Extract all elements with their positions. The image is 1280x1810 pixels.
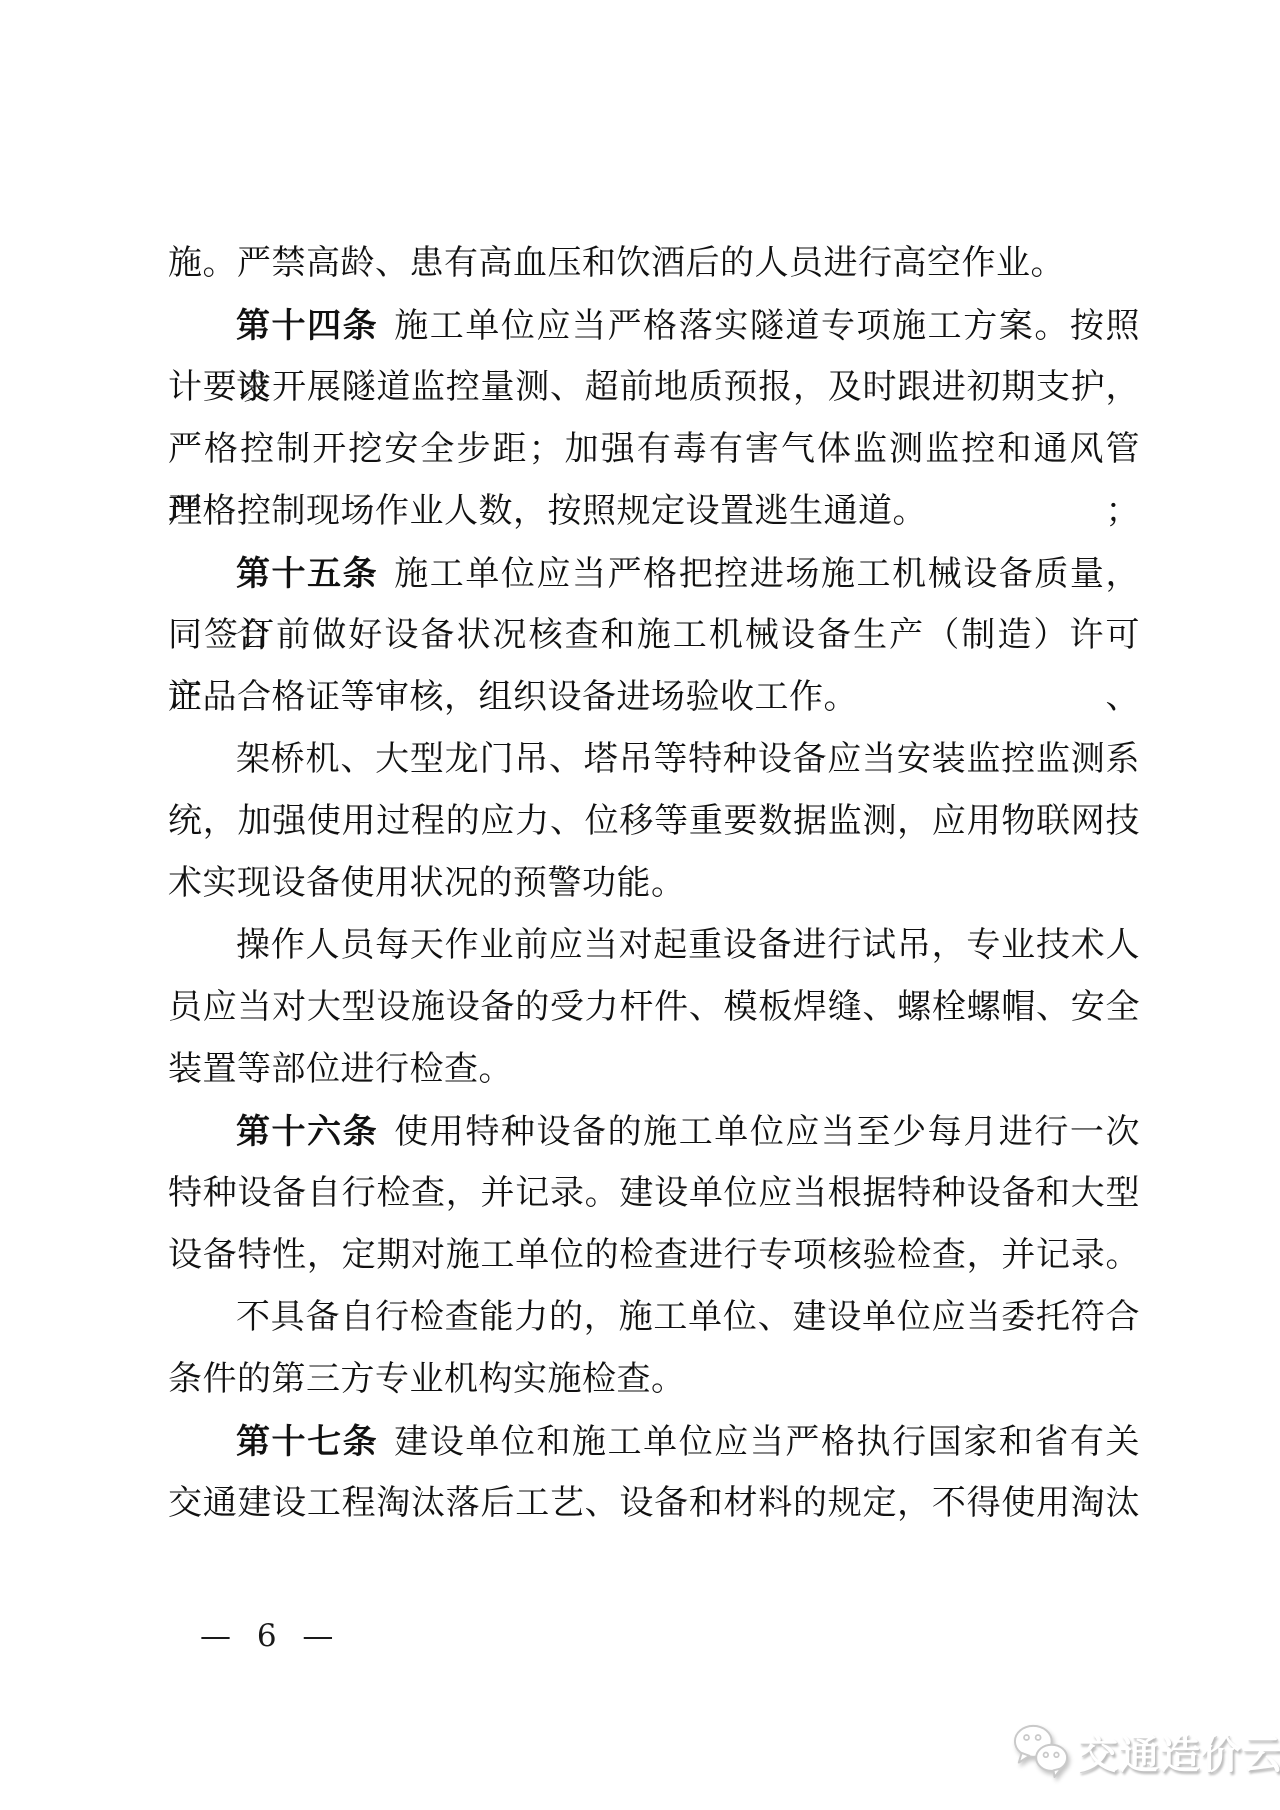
line-text: 特种设备自行检查，并记录。建设单位应当根据特种设备和大型 (168, 1175, 1140, 1212)
footer-brand: 交通造价云 (1012, 1722, 1280, 1780)
text-line: 设备特性，定期对施工单位的检查进行专项核验检查，并记录。 (168, 1225, 1140, 1287)
line-text: 交通建设工程淘汰落后工艺、设备和材料的规定，不得使用淘汰 (168, 1485, 1140, 1522)
page-number: — 6 — (200, 1618, 341, 1654)
article-number: 第十七条 (236, 1423, 378, 1461)
article-number: 第十六条 (236, 1113, 378, 1151)
line-text: 装置等部位进行检查。 (168, 1051, 513, 1088)
line-text: 操作人员每天作业前应当对起重设备进行试吊，专业技术人 (236, 927, 1140, 964)
text-line: 第十六条使用特种设备的施工单位应当至少每月进行一次 (168, 1101, 1140, 1163)
text-line: 同签订前做好设备状况核查和施工机械设备生产（制造）许可证、 (168, 605, 1140, 667)
line-text: 统，加强使用过程的应力、位移等重要数据监测，应用物联网技 (168, 803, 1140, 840)
line-text: 设备特性，定期对施工单位的检查进行专项核验检查，并记录。 (168, 1237, 1140, 1274)
line-text: 使用特种设备的施工单位应当至少每月进行一次 (394, 1114, 1140, 1151)
line-text: 条件的第三方专业机构实施检查。 (168, 1361, 686, 1398)
text-line: 术实现设备使用状况的预警功能。 (168, 853, 1140, 915)
document-page: 施。严禁高龄、患有高血压和饮酒后的人员进行高空作业。 第十四条施工单位应当严格落… (0, 0, 1280, 1810)
line-text: 术实现设备使用状况的预警功能。 (168, 865, 686, 902)
footer-brand-text: 交通造价云 (1078, 1723, 1280, 1780)
article-number: 第十五条 (236, 555, 378, 593)
text-line: 第十七条建设单位和施工单位应当严格执行国家和省有关 (168, 1411, 1140, 1473)
text-line: 统，加强使用过程的应力、位移等重要数据监测，应用物联网技 (168, 791, 1140, 853)
text-line: 操作人员每天作业前应当对起重设备进行试吊，专业技术人 (168, 915, 1140, 977)
line-text: 施。严禁高龄、患有高血压和饮酒后的人员进行高空作业。 (168, 245, 1065, 282)
text-line: 计要求开展隧道监控量测、超前地质预报，及时跟进初期支护， (168, 357, 1140, 419)
line-text: 不具备自行检查能力的，施工单位、建设单位应当委托符合 (236, 1299, 1140, 1336)
line-text: 计要求开展隧道监控量测、超前地质预报，及时跟进初期支护， (168, 369, 1140, 406)
document-body: 施。严禁高龄、患有高血压和饮酒后的人员进行高空作业。 第十四条施工单位应当严格落… (168, 233, 1140, 1535)
line-text: 产品合格证等审核，组织设备进场验收工作。 (168, 679, 858, 716)
line-text: 员应当对大型设施设备的受力杆件、模板焊缝、螺栓螺帽、安全 (168, 989, 1140, 1026)
text-line: 条件的第三方专业机构实施检查。 (168, 1349, 1140, 1411)
text-line: 架桥机、大型龙门吊、塔吊等特种设备应当安装监控监测系 (168, 729, 1140, 791)
text-line: 严格控制开挖安全步距；加强有毒有害气体监测监控和通风管理； (168, 419, 1140, 481)
article-number: 第十四条 (236, 307, 378, 345)
text-line: 不具备自行检查能力的，施工单位、建设单位应当委托符合 (168, 1287, 1140, 1349)
wechat-icon (1012, 1723, 1070, 1779)
line-text: 严格控制现场作业人数，按照规定设置逃生通道。 (168, 493, 927, 530)
text-line: 第十五条施工单位应当严格把控进场施工机械设备质量，合 (168, 543, 1140, 605)
text-line: 施。严禁高龄、患有高血压和饮酒后的人员进行高空作业。 (168, 233, 1140, 295)
line-text: 建设单位和施工单位应当严格执行国家和省有关 (394, 1424, 1140, 1461)
text-line: 特种设备自行检查，并记录。建设单位应当根据特种设备和大型 (168, 1163, 1140, 1225)
text-line: 交通建设工程淘汰落后工艺、设备和材料的规定，不得使用淘汰 (168, 1473, 1140, 1535)
text-line: 装置等部位进行检查。 (168, 1039, 1140, 1101)
text-line: 第十四条施工单位应当严格落实隧道专项施工方案。按照设 (168, 295, 1140, 357)
line-text: 架桥机、大型龙门吊、塔吊等特种设备应当安装监控监测系 (236, 741, 1140, 778)
text-line: 员应当对大型设施设备的受力杆件、模板焊缝、螺栓螺帽、安全 (168, 977, 1140, 1039)
